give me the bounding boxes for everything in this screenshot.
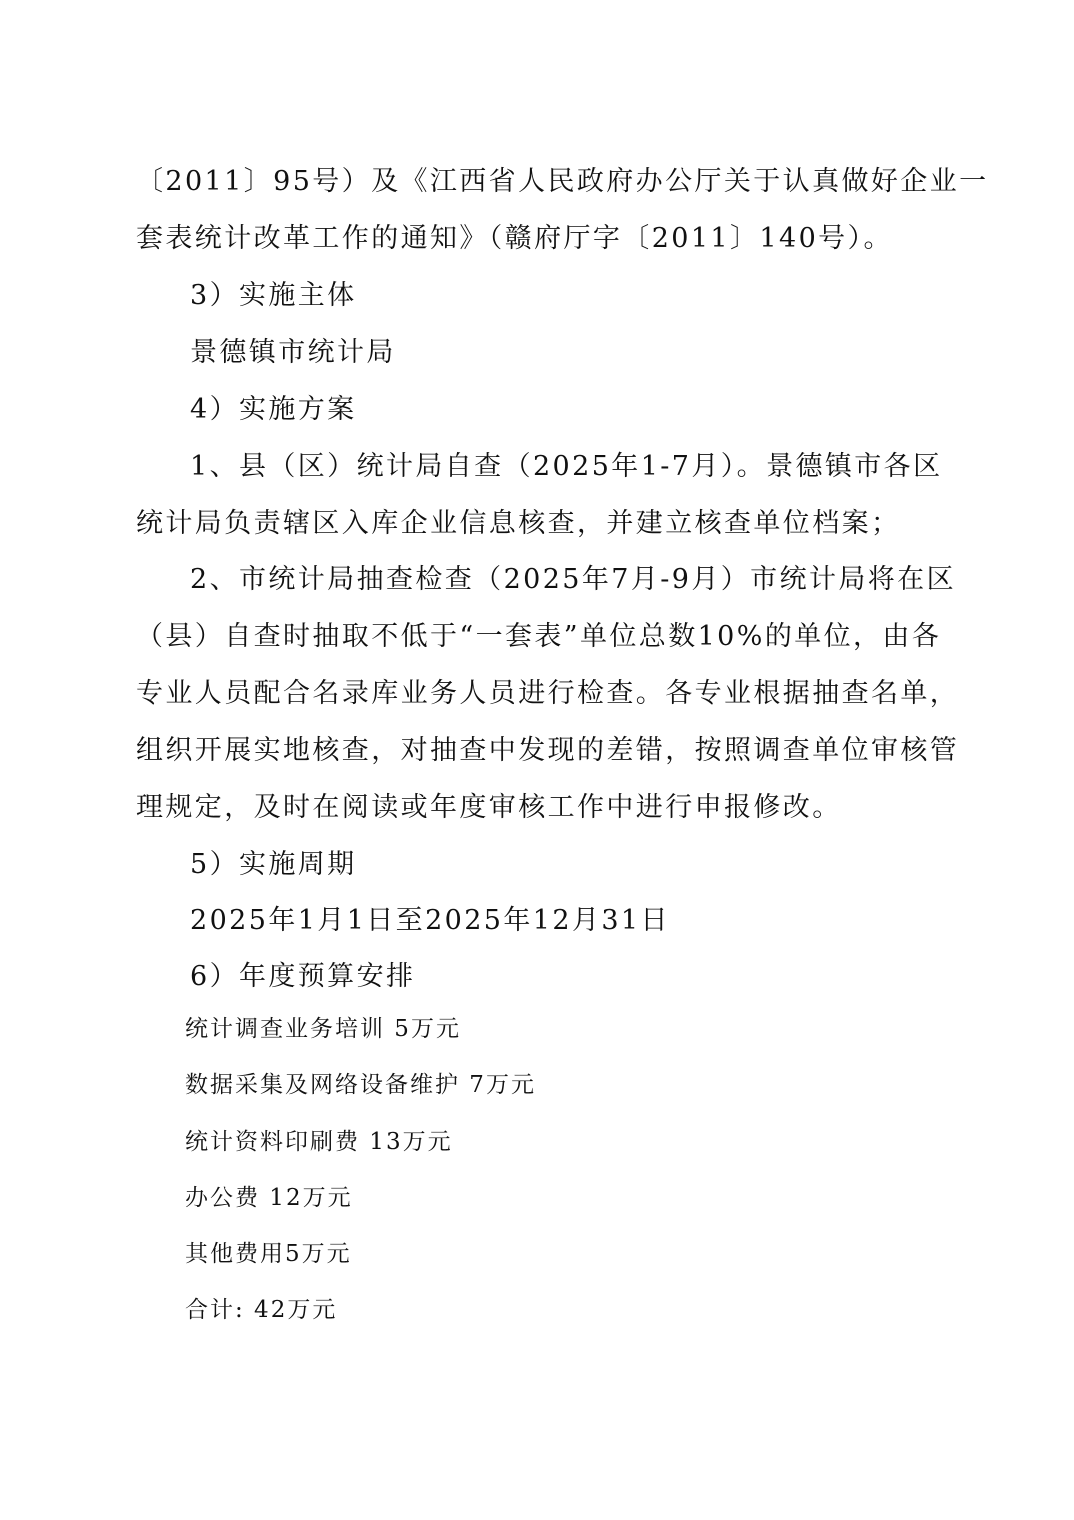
plan-item-2-line: 2、市统计局抽查检查（2025年7月-9月）市统计局将在区 [190, 563, 956, 597]
budget-item-training: 统计调查业务培训 5万元 [185, 1012, 461, 1046]
budget-item-printing: 统计资料印刷费 13万元 [185, 1125, 453, 1159]
plan-item-2-line: 专业人员配合名录库业务人员进行检查。各专业根据抽查名单， [136, 677, 959, 711]
plan-item-1-line: 统计局负责辖区入库企业信息核查，并建立核查单位档案； [136, 507, 900, 541]
plan-item-2-line: （县）自查时抽取不低于“一套表”单位总数10%的单位，由各 [136, 620, 941, 654]
implementation-period-text: 2025年1月1日至2025年12月31日 [190, 904, 670, 938]
paragraph-line: 〔2011〕95号）及《江西省人民政府办公厅关于认真做好企业一 [136, 165, 988, 199]
section-heading-implementation-period: 5）实施周期 [190, 848, 357, 882]
plan-item-2-line: 组织开展实地核查，对抽查中发现的差错，按照调查单位审核管 [136, 734, 959, 768]
budget-item-office: 办公费 12万元 [185, 1181, 353, 1215]
section-heading-implementing-body: 3）实施主体 [190, 279, 357, 313]
document-page: 〔2011〕95号）及《江西省人民政府办公厅关于认真做好企业一 套表统计改革工作… [0, 0, 1074, 1520]
budget-item-data-collection: 数据采集及网络设备维护 7万元 [185, 1068, 536, 1102]
budget-total: 合计: 42万元 [185, 1293, 337, 1327]
paragraph-line: 套表统计改革工作的通知》（赣府厅字〔2011〕140号）。 [136, 222, 893, 256]
plan-item-1-line: 1、县（区）统计局自查（2025年1-7月）。景德镇市各区 [190, 450, 942, 484]
plan-item-2-line: 理规定，及时在阅读或年度审核工作中进行申报修改。 [136, 791, 842, 825]
budget-item-other: 其他费用5万元 [185, 1237, 352, 1271]
section-heading-implementation-plan: 4）实施方案 [190, 393, 357, 427]
section-heading-annual-budget: 6）年度预算安排 [190, 960, 415, 994]
implementing-body-text: 景德镇市统计局 [190, 336, 396, 370]
